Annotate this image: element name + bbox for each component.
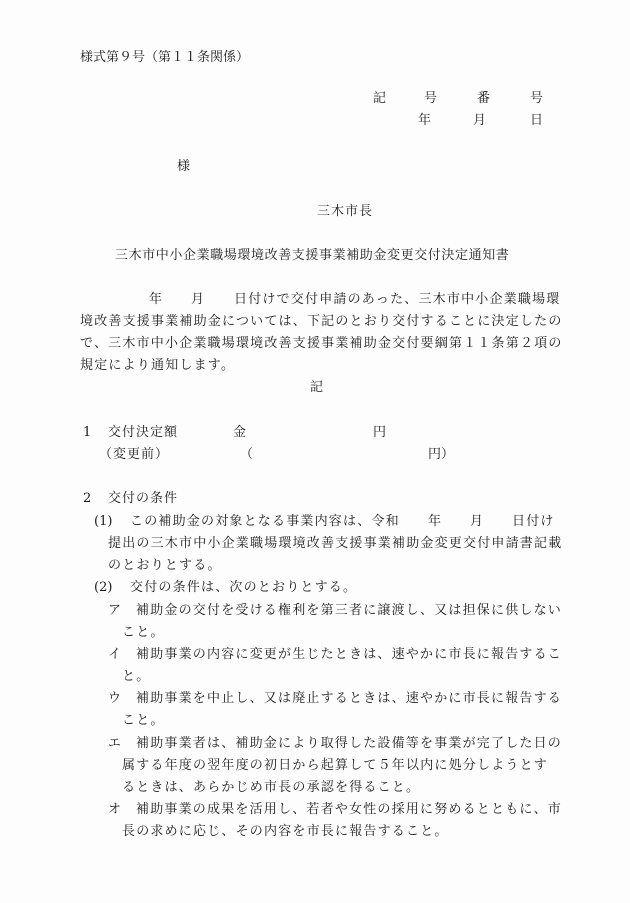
body-line3: で、三木市中小企業職場環境改善支援事業補助金交付要綱第１１条第２項の (80, 336, 563, 352)
addressee-suffix: 様 (177, 159, 190, 175)
body-line4: 規定により通知します。 (80, 358, 235, 374)
sub-e-marker: エ (108, 736, 121, 752)
item2-text: 交付の条件は、次のとおりとする。 (130, 580, 357, 596)
section1-yen: 円 (373, 425, 386, 441)
ki-heading: 記 (310, 380, 323, 396)
section1-before-close: 円） (428, 447, 454, 463)
date-year: 年 (418, 113, 431, 129)
body-month: 月 (191, 292, 205, 308)
item1-line1: この補助金の対象となる事業内容は、令和 (130, 514, 400, 530)
section1-number: 1 (83, 425, 91, 441)
item1-year: 年 (428, 514, 442, 530)
sub-i-marker: イ (108, 647, 121, 663)
sub-u-line1: 補助事業を中止し、又は廃止するときは、速やかに市長に報告する (136, 691, 562, 707)
body-line2: 境改善支援事業補助金については、下記のとおり交付することに決定したの (80, 314, 563, 330)
ref-ban: 番 (477, 91, 490, 107)
sub-u-line2: こと。 (122, 713, 165, 729)
sub-u-marker: ウ (108, 691, 121, 707)
section1-before-label: （変更前） (99, 447, 169, 463)
item1-month: 月 (470, 514, 484, 530)
sub-e-line1: 補助事業者は、補助金により取得した設備等を事業が完了した日の (136, 736, 562, 752)
ref-ki: 記 (373, 91, 386, 107)
section1-kin: 金 (233, 425, 246, 441)
item1-marker: (1) (94, 514, 112, 530)
document-title: 三木市中小企業職場環境改善支援事業補助金変更交付決定通知書 (115, 248, 509, 264)
item1-line3: のとおりとする。 (108, 558, 222, 574)
section1-before-open: （ (240, 447, 253, 463)
sub-o-line2: 長の求めに応じ、その内容を市長に報告すること。 (122, 824, 449, 840)
item2-marker: (2) (94, 580, 112, 596)
item1-day: 日付け (512, 514, 555, 530)
sub-o-marker: オ (108, 802, 121, 818)
section2-label: 交付の条件 (108, 491, 178, 507)
sub-i-line2: と。 (122, 669, 150, 685)
item1-line2: 提出の三木市中小企業職場環境改善支援事業補助金変更交付申請書記載 (108, 536, 562, 552)
sub-a-marker: ア (108, 603, 121, 619)
ref-go2: 号 (530, 91, 543, 107)
ref-go: 号 (424, 91, 437, 107)
form-label: 様式第９号（第１１条関係） (80, 50, 249, 66)
sub-o-line1: 補助事業の成果を活用し、若者や女性の採用に努めるとともに、市 (136, 802, 562, 818)
sub-e-line2: 属する年度の翌年度の初日から起算して５年以内に処分しようとす (122, 758, 548, 774)
body-line1: 日付けで交付申請のあった、三木市中小企業職場環 (234, 292, 560, 308)
sub-e-line3: るときは、あらかじめ市長の承認を得ること。 (122, 780, 420, 796)
body-year: 年 (149, 292, 163, 308)
date-day: 日 (530, 113, 543, 129)
issuer: 三木市長 (317, 204, 373, 220)
sub-i-line1: 補助事業の内容に変更が生じたときは、速やかに市長に報告するこ (136, 647, 562, 663)
date-month: 月 (473, 113, 486, 129)
section2-number: 2 (83, 491, 91, 507)
sub-a-line1: 補助金の交付を受ける権利を第三者に譲渡し、又は担保に供しない (136, 603, 562, 619)
section1-label: 交付決定額 (108, 425, 178, 441)
sub-a-line2: こと。 (122, 625, 165, 641)
